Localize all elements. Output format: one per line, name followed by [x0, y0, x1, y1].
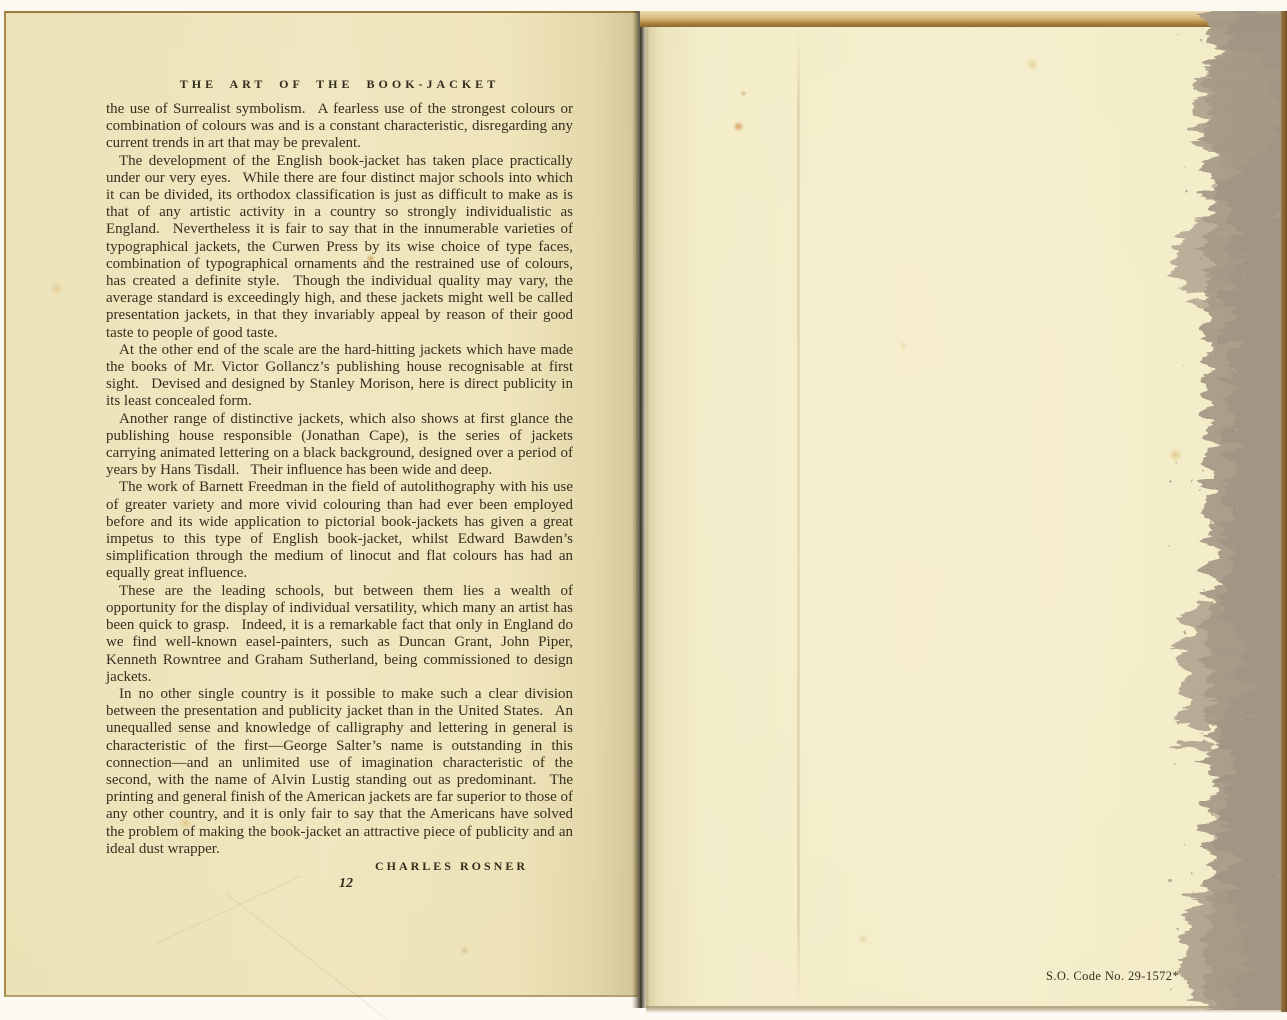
- left-page: THE ART OF THE BOOK-JACKET the use of Su…: [4, 11, 638, 997]
- body-paragraph: the use of Surrealist symbolism. A fearl…: [106, 101, 573, 153]
- page-number: 12: [106, 875, 573, 892]
- body-paragraph: In no other single country is it possibl…: [106, 686, 573, 858]
- page-edge-right: [1281, 11, 1287, 1012]
- book-scan: THE ART OF THE BOOK-JACKET the use of Su…: [0, 0, 1287, 1020]
- text-column: the use of Surrealist symbolism. A fearl…: [106, 101, 573, 892]
- scratch-line: [225, 893, 391, 1020]
- body-paragraph: These are the leading schools, but betwe…: [106, 583, 573, 686]
- gutter-shadow: [632, 11, 658, 1008]
- running-header: THE ART OF THE BOOK-JACKET: [106, 77, 573, 92]
- body-paragraph: At the other end of the scale are the ha…: [106, 342, 573, 411]
- body-paragraph: Another range of distinctive jackets, wh…: [106, 411, 573, 480]
- author-signature: CHARLES ROSNER: [106, 858, 573, 875]
- body-paragraph: The development of the English book-jack…: [106, 153, 573, 342]
- edge-stain-overlay: [1140, 11, 1287, 1010]
- crease-line: [797, 29, 800, 1004]
- body-paragraph: The work of Barnett Freedman in the fiel…: [106, 479, 573, 582]
